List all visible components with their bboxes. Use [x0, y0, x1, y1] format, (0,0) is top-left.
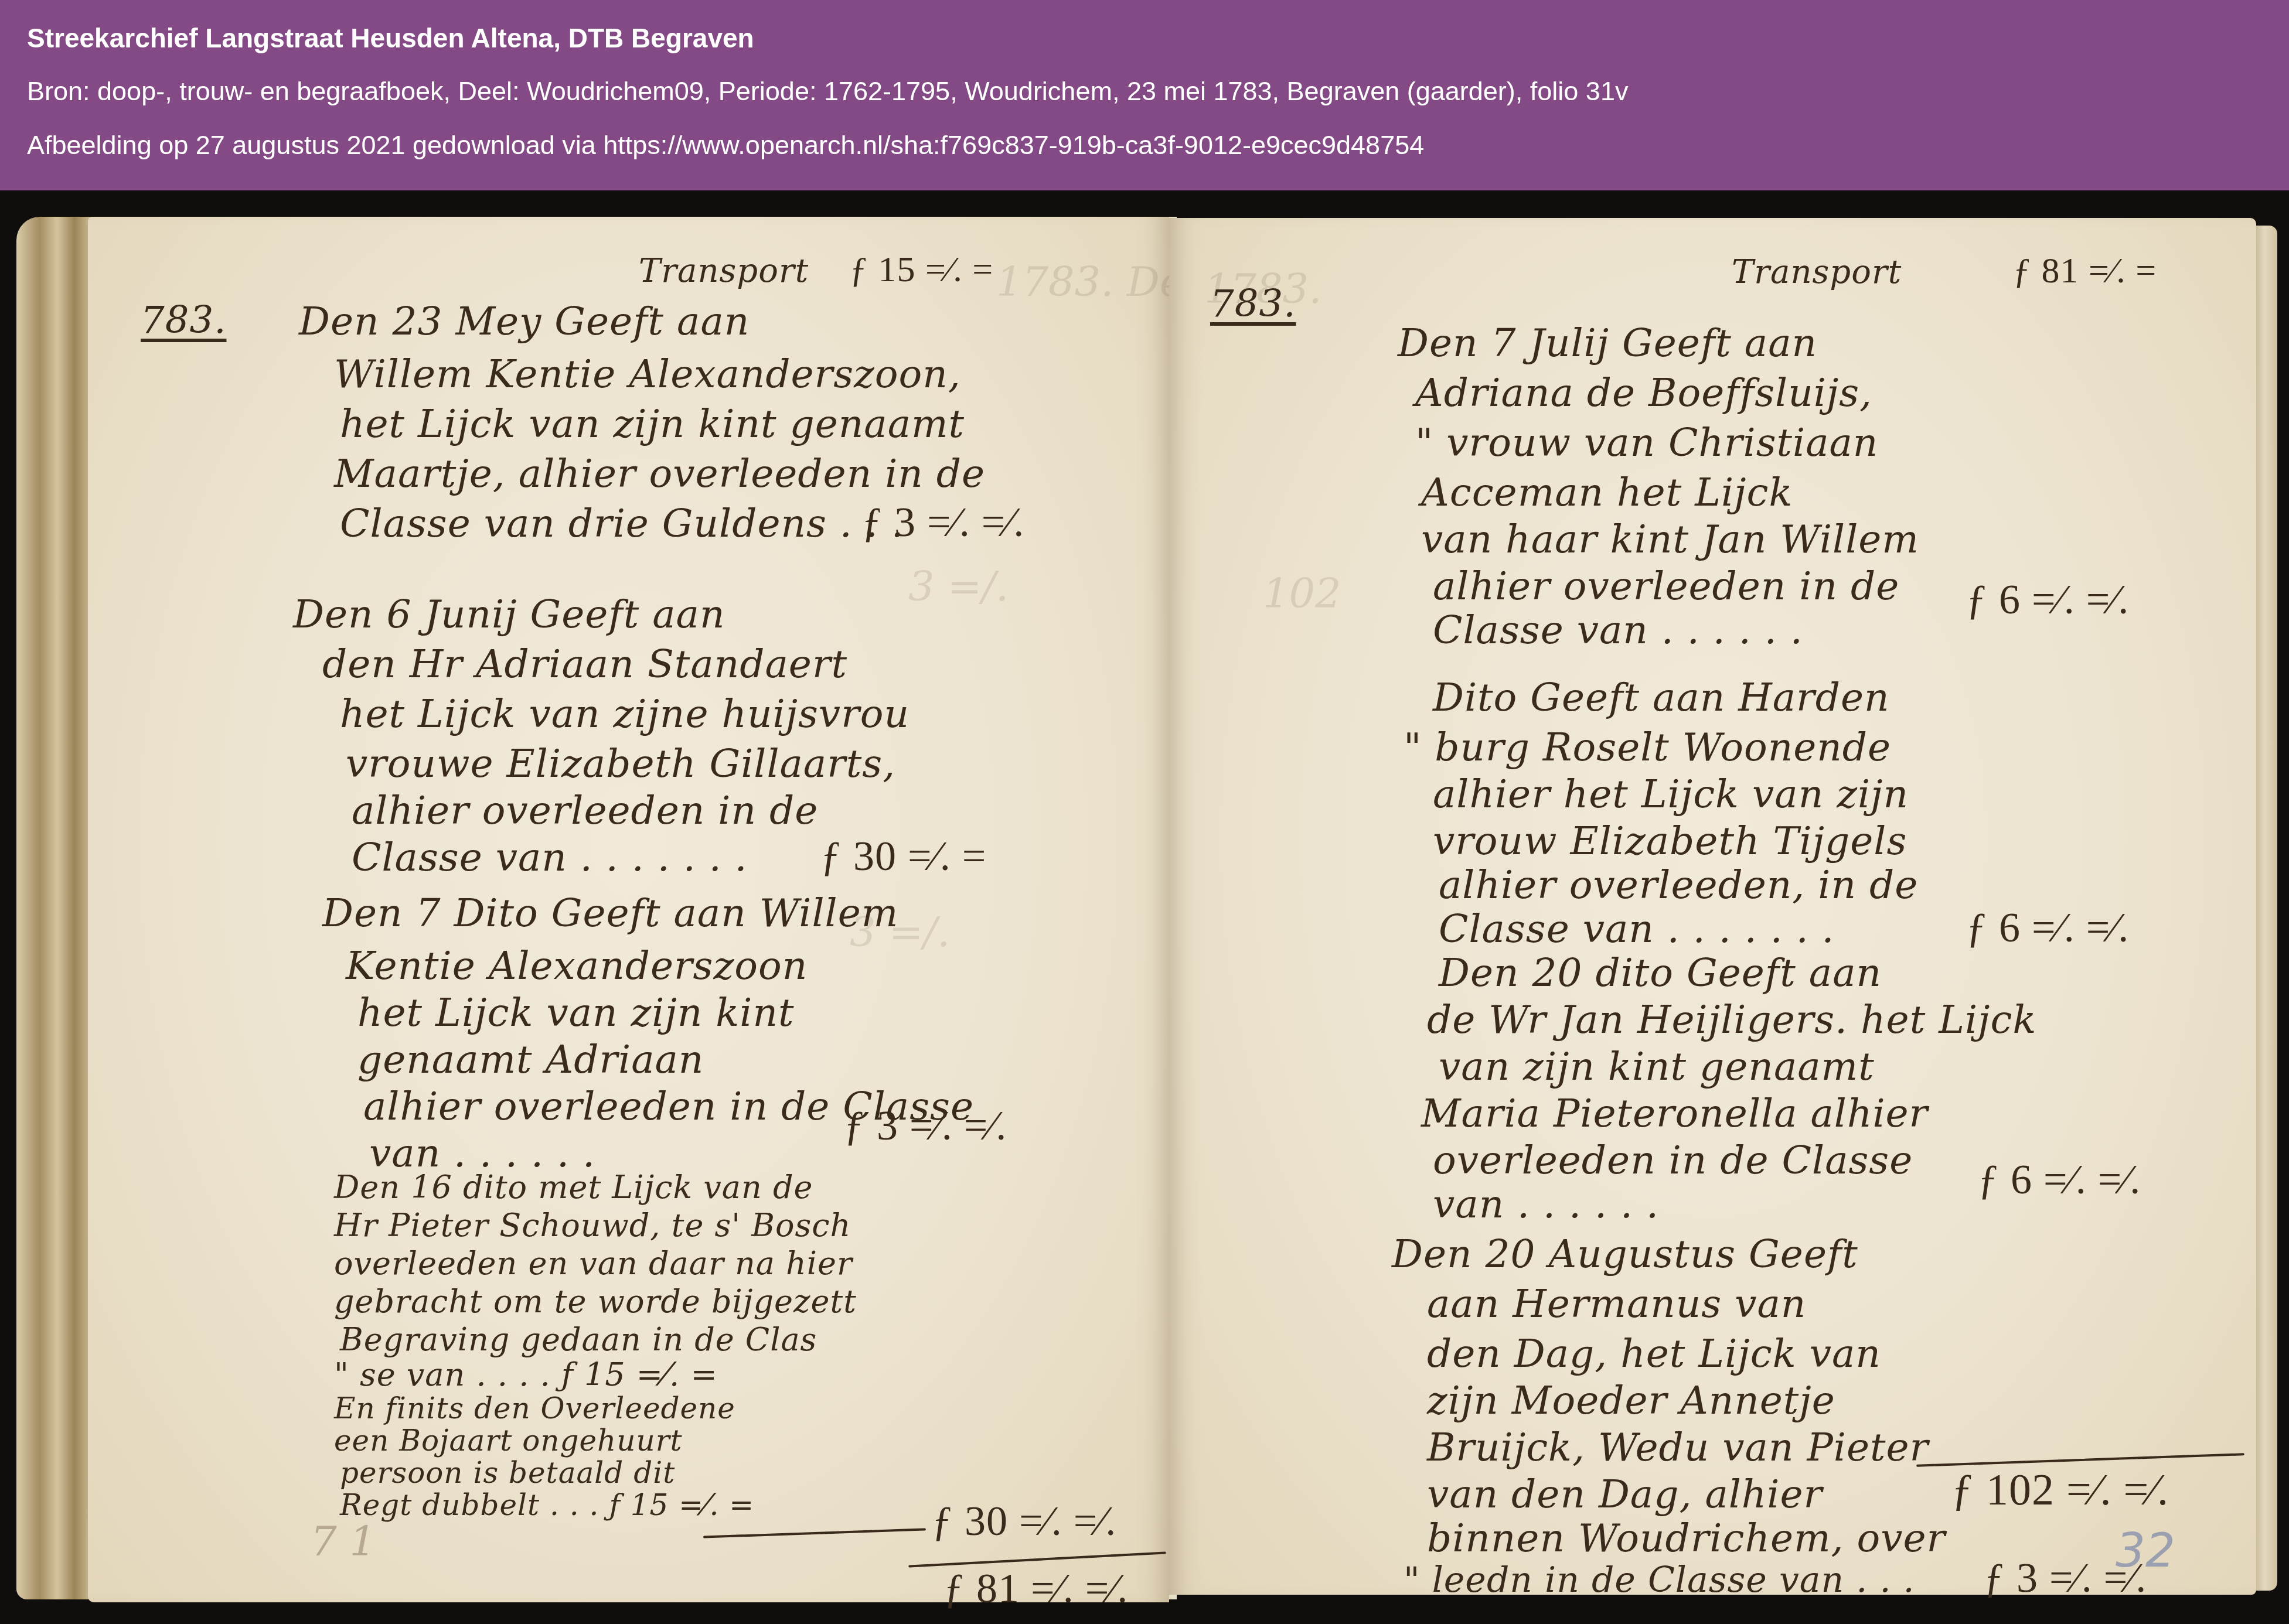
entry-line: den Hr Adriaan Standaert: [322, 642, 847, 687]
entry-line: Den 6 Junij Geeft aan: [293, 592, 725, 637]
entry-line: overleeden en van daar na hier: [334, 1245, 853, 1282]
entry-line: van . . . . . .: [1433, 1182, 1659, 1227]
entry-line: gebracht om te worde bijgezett: [334, 1283, 857, 1320]
entry-line: het Lijck van zijn kint genaamt: [340, 401, 965, 446]
entry-amount: ƒ 30 =⁄. =⁄.: [932, 1497, 1116, 1545]
entry-line: Willem Kentie Alexanderszoon,: [334, 352, 961, 397]
subtotal-rule: [703, 1528, 926, 1538]
faint-mark: 7 1: [311, 1517, 376, 1565]
entry-line: Classe van . . . . . . .: [1439, 906, 1835, 951]
register-scan: 1783. Den 3 =/. 3 =/. Transport ƒ 15 =⁄.…: [0, 190, 2289, 1624]
entry-line: alhier overleeden in de: [1433, 564, 1899, 609]
entry-line: alhier het Lijck van zijn: [1433, 772, 1909, 817]
entry-amount: ƒ 3 =⁄. =⁄.: [844, 1101, 1007, 1150]
entry-line: " burg Roselt Woonende: [1404, 725, 1891, 770]
transport-amount: ƒ 15 =⁄. =: [850, 249, 993, 291]
entry-line: " leedn in de Classe van . . .: [1404, 1560, 1915, 1601]
entry-line: Regt dubbelt . . . ƒ 15 =⁄. =: [340, 1488, 754, 1522]
entry-amount: ƒ 3 =⁄. =⁄.: [861, 498, 1024, 547]
download-attribution: Afbeelding op 27 augustus 2021 gedownloa…: [27, 130, 1424, 161]
entry-line: aan Hermanus van: [1427, 1281, 1806, 1326]
entry-line: de Wr Jan Heijligers. het Lijck: [1427, 997, 2037, 1042]
left-page: 1783. Den 3 =/. 3 =/. Transport ƒ 15 =⁄.…: [88, 217, 1169, 1602]
entry-line: den Dag, het Lijck van: [1427, 1331, 1881, 1376]
entry-line: Dito Geeft aan Harden: [1433, 675, 1889, 720]
entry-line: alhier overleeden, in de: [1439, 862, 1918, 907]
entry-line: Den 20 Augustus Geeft: [1392, 1231, 1858, 1277]
entry-line: Acceman het Lijck: [1421, 470, 1793, 515]
entry-line: Kentie Alexanderszoon: [346, 943, 808, 988]
entry-amount: ƒ 6 =⁄. =⁄.: [1966, 575, 2129, 624]
entry-line: een Bojaart ongehuurt: [334, 1424, 683, 1458]
entry-line: Maartje, alhier overleeden in de: [334, 451, 985, 496]
entry-line: genaamt Adriaan: [357, 1037, 704, 1082]
entry-line: van zijn kint genaamt: [1439, 1044, 1875, 1089]
entry-line: Den 7 Dito Geeft aan Willem: [322, 891, 898, 936]
year-label: 783.: [141, 299, 227, 342]
right-page: 1783. 102 Transport ƒ 81 =⁄. = 783. Den …: [1169, 218, 2256, 1595]
entry-line: het Lijck van zijne huijsvrou: [340, 691, 910, 736]
entry-line: overleeden in de Classe: [1433, 1138, 1913, 1183]
entry-line: Begraving gedaan in de Clas: [340, 1321, 817, 1358]
source-info-banner: Streekarchief Langstraat Heusden Altena,…: [0, 0, 2289, 190]
entry-line: Den 7 Julij Geeft aan: [1398, 320, 1817, 366]
transport-amount: ƒ 81 =⁄. =: [2013, 250, 2157, 292]
pencil-folio-number: 32: [2116, 1523, 2175, 1578]
transport-label: Transport: [1732, 253, 1902, 291]
entry-line: Den 16 dito met Lijck van de: [334, 1169, 813, 1206]
entry-line: Bruijck, Wedu van Pieter: [1427, 1425, 1929, 1470]
archive-title: Streekarchief Langstraat Heusden Altena,…: [27, 22, 754, 54]
entry-line: Classe van . . . . . .: [1433, 608, 1803, 653]
entry-line: van den Dag, alhier: [1427, 1472, 1823, 1517]
entry-amount: ƒ 6 =⁄. =⁄.: [1978, 1155, 2141, 1204]
entry-amount: ƒ 6 =⁄. =⁄.: [1966, 903, 2129, 952]
year-label: 783.: [1210, 282, 1296, 326]
entry-line: vrouwe Elizabeth Gillaarts,: [346, 741, 895, 786]
right-page-stack: [2256, 226, 2277, 1591]
entry-line: alhier overleeden in de: [352, 788, 818, 833]
entry-line: het Lijck van zijn kint: [357, 990, 795, 1035]
entry-line: Maria Pieteronella alhier: [1421, 1091, 1928, 1136]
entry-line: van haar kint Jan Willem: [1421, 517, 1919, 562]
entry-line: " se van . . . . ƒ 15 =⁄. =: [334, 1356, 718, 1393]
source-description: Bron: doop-, trouw- en begraafboek, Deel…: [27, 76, 1628, 107]
entry-line: Hr Pieter Schouwd, te s' Bosch: [334, 1207, 851, 1244]
bleed-through-text: 102: [1263, 569, 1341, 617]
entry-line: Den 23 Mey Geeft aan: [299, 299, 750, 344]
entry-line: Adriana de Boeffsluijs,: [1415, 370, 1872, 415]
transport-label: Transport: [639, 252, 809, 290]
bleed-through-text: 3 =/.: [908, 562, 1009, 610]
entry-line: Den 20 dito Geeft aan: [1439, 950, 1882, 995]
entry-line: binnen Woudrichem, over: [1427, 1516, 1946, 1561]
entry-line: Classe van drie Guldens . . .: [340, 501, 904, 546]
entry-amount: ƒ 30 =⁄. =: [820, 832, 986, 881]
page-total: ƒ 102 =⁄. =⁄.: [1951, 1465, 2169, 1516]
entry-line: " vrouw van Christiaan: [1415, 420, 1878, 465]
entry-line: Classe van . . . . . . .: [352, 835, 748, 880]
entry-line: zijn Moeder Annetje: [1427, 1378, 1835, 1423]
page-total: ƒ 81 =⁄. =⁄.: [943, 1564, 1128, 1613]
entry-line: vrouw Elizabeth Tijgels: [1433, 818, 1907, 864]
entry-line: En finits den Overleedene: [334, 1391, 735, 1425]
entry-line: persoon is betaald dit: [340, 1456, 675, 1490]
